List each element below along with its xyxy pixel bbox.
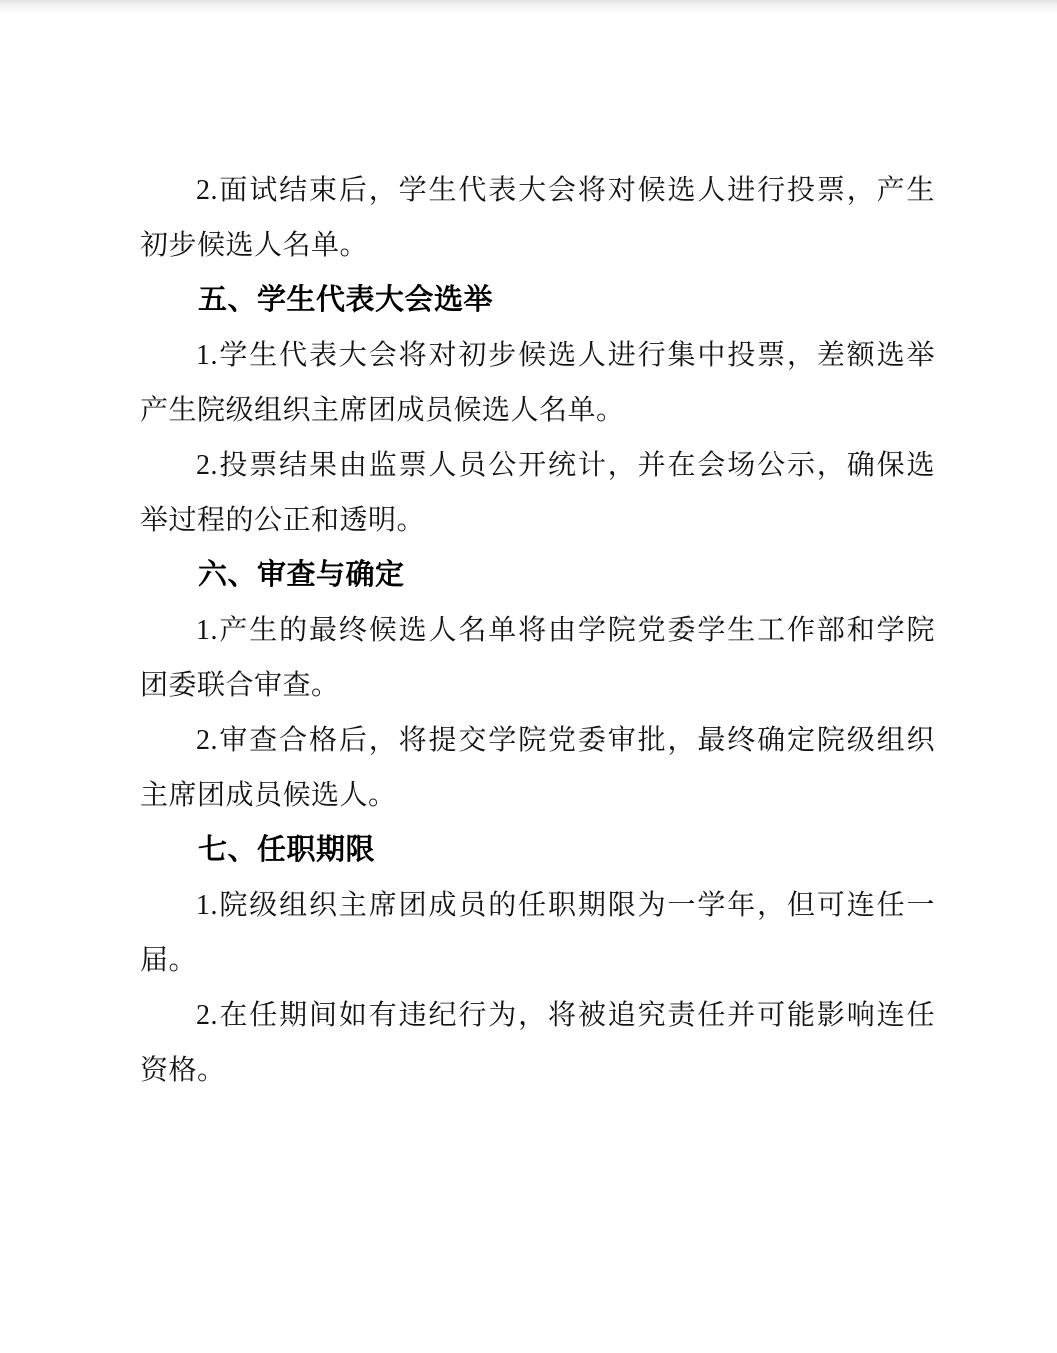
- paragraph-line: 1.院级组织主席团成员的任职期限为一学年，但可连任一: [140, 878, 935, 933]
- paragraph-line: 资格。: [140, 1043, 935, 1098]
- paragraph-line: 2.审查合格后，将提交学院党委审批，最终确定院级组织: [140, 713, 935, 768]
- paragraph-line: 2.投票结果由监票人员公开统计，并在会场公示，确保选: [140, 438, 935, 493]
- document-body: 2.面试结束后，学生代表大会将对候选人进行投票，产生 初步候选人名单。 五、学生…: [140, 163, 935, 1098]
- paragraph-line: 2.面试结束后，学生代表大会将对候选人进行投票，产生: [140, 163, 935, 218]
- paragraph-line: 初步候选人名单。: [140, 218, 935, 273]
- section-heading-6: 六、审查与确定: [140, 548, 935, 603]
- paragraph-line: 团委联合审查。: [140, 658, 935, 713]
- paragraph-line: 1.产生的最终候选人名单将由学院党委学生工作部和学院: [140, 603, 935, 658]
- paragraph-line: 届。: [140, 933, 935, 988]
- paragraph-line: 产生院级组织主席团成员候选人名单。: [140, 383, 935, 438]
- page-top-shadow: [0, 0, 1057, 14]
- paragraph-line: 举过程的公正和透明。: [140, 493, 935, 548]
- paragraph-line: 2.在任期间如有违纪行为，将被追究责任并可能影响连任: [140, 988, 935, 1043]
- section-heading-7: 七、任职期限: [140, 823, 935, 878]
- paragraph-line: 1.学生代表大会将对初步候选人进行集中投票，差额选举: [140, 328, 935, 383]
- paragraph-line: 主席团成员候选人。: [140, 768, 935, 823]
- section-heading-5: 五、学生代表大会选举: [140, 273, 935, 328]
